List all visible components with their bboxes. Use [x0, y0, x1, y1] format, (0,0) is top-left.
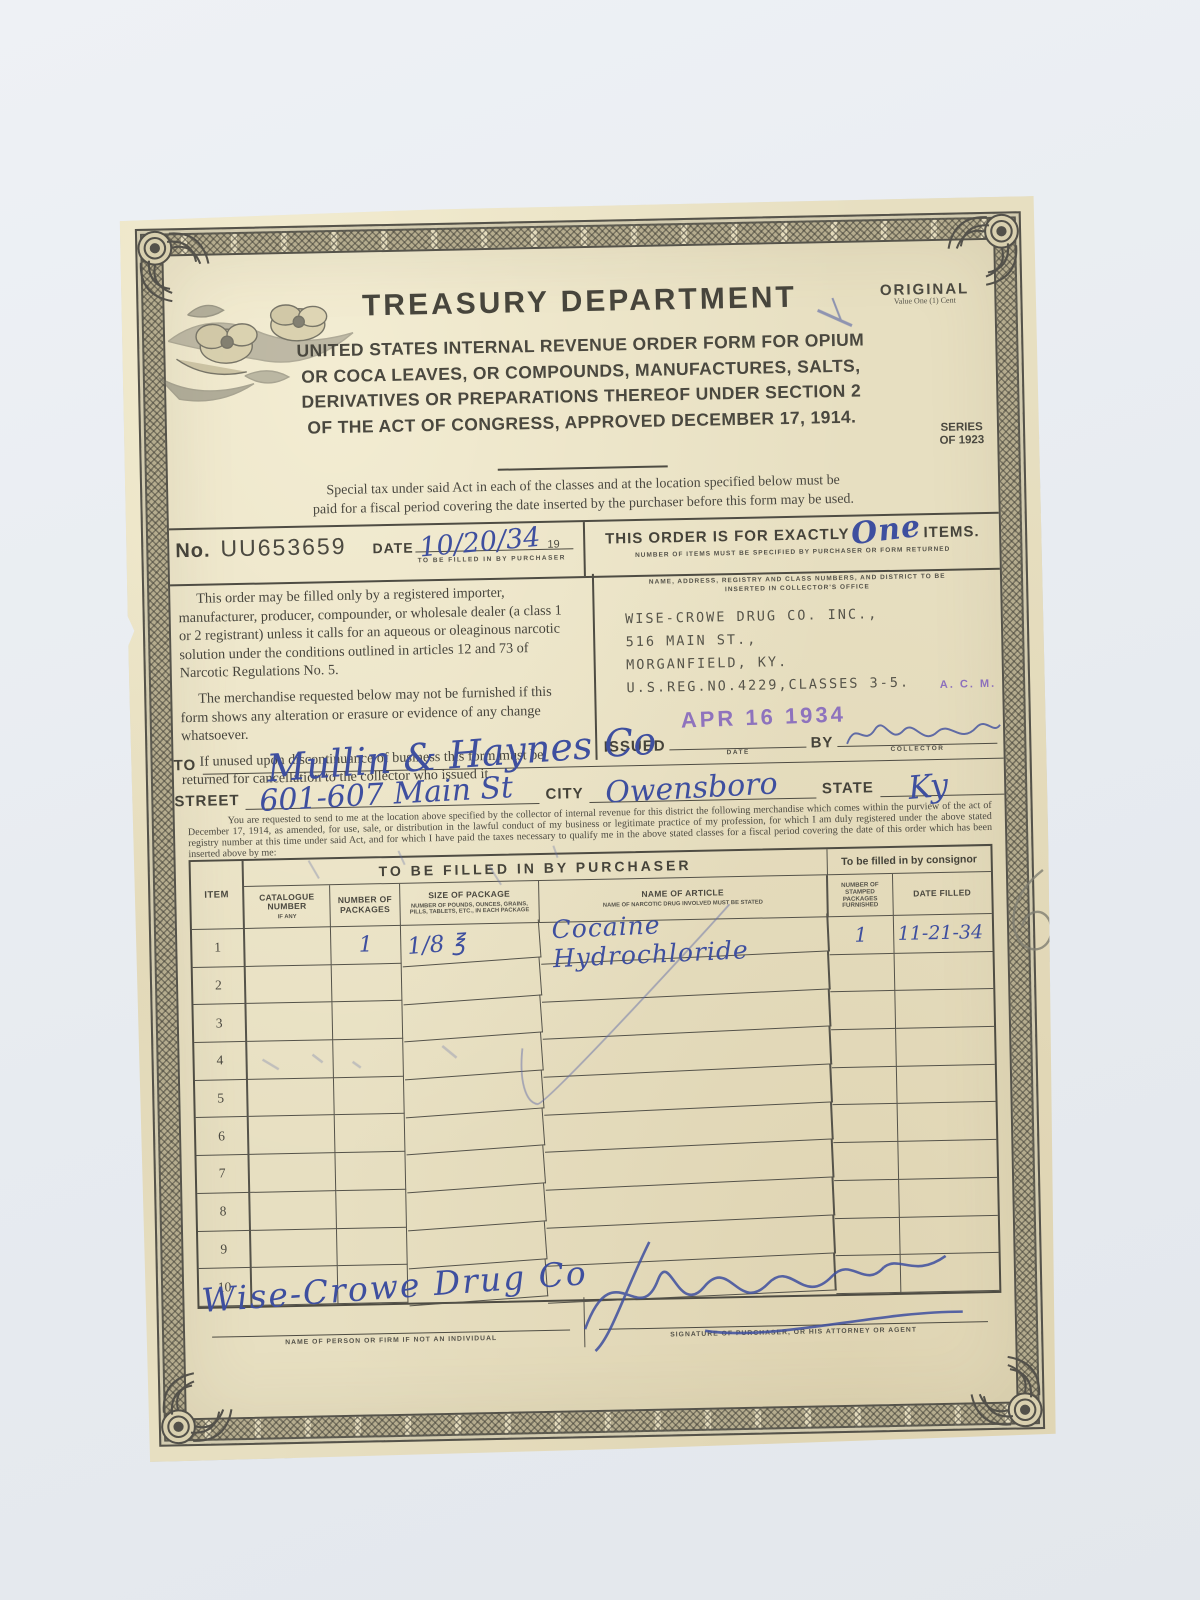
state-field: Ky [879, 768, 1004, 797]
catalogue-cell [249, 1116, 336, 1155]
purchaser-signature-area: SIGNATURE OF PURCHASER, OR HIS ATTORNEY … [584, 1289, 1002, 1347]
header-divider [498, 465, 668, 470]
catalogue-cell [248, 1078, 335, 1117]
exactly-label: THIS ORDER IS FOR EXACTLY [605, 526, 850, 548]
column-header-size: SIZE OF PACKAGE NUMBER OF POUNDS, OUNCES… [400, 881, 540, 926]
consignor-section-header: To be filled in by consignor [827, 846, 991, 875]
catalogue-cell [245, 965, 332, 1004]
column-header-item: ITEM [191, 861, 245, 930]
street-field: 601-607 Main St [245, 777, 540, 810]
catalogue-cell [245, 927, 332, 966]
series-block: SERIES OF 1923 [939, 421, 984, 448]
series-line: OF 1923 [939, 434, 984, 448]
catalogue-cell [249, 1153, 336, 1192]
packages-cell: 1 [331, 926, 401, 965]
order-no-label: No. [175, 540, 211, 564]
column-header-stamped: NUMBER OF STAMPED PACKAGES FURNISHED [828, 874, 894, 917]
state-label: STATE [822, 779, 874, 798]
date-filled-cell [896, 1065, 995, 1105]
firm-name-area: Wise-Crowe Drug Co NAME OF PERSON OR FIR… [197, 1297, 585, 1355]
packages-cell [336, 1152, 406, 1191]
acm-stamp: A. C. M. [940, 678, 997, 691]
packages-cell [333, 1001, 403, 1040]
stamped-packages-cell [831, 1029, 897, 1068]
date-filled-cell [894, 952, 993, 992]
purchaser-signature [553, 1225, 975, 1353]
packages-cell [332, 963, 402, 1002]
stamped-packages-cell [833, 1142, 899, 1181]
packages-cell [335, 1114, 405, 1153]
street-label: STREET [174, 792, 240, 811]
date-filled-cell [896, 1027, 995, 1067]
form-subtitle: UNITED STATES INTERNAL REVENUE ORDER FOR… [178, 325, 984, 443]
series-line: SERIES [939, 421, 984, 435]
column-header-catalogue: CATALOGUE NUMBER IF ANY [244, 885, 331, 929]
column-header-date-filled: DATE FILLED [893, 872, 992, 916]
catalogue-cell [246, 1003, 333, 1042]
to-label: TO [173, 757, 196, 775]
document-sheet: ORIGINAL Value One (1) Cent TREASURY DEP… [120, 196, 1061, 1462]
catalogue-cell [247, 1040, 334, 1079]
date-field: 10/20/34 19 [415, 528, 574, 552]
item-number-cell: 1 [192, 929, 246, 968]
stamped-packages-cell [832, 1067, 898, 1106]
item-number-cell: 2 [193, 967, 247, 1006]
form-content: ORIGINAL Value One (1) Cent TREASURY DEP… [177, 249, 1004, 1415]
stamped-packages-cell [834, 1180, 900, 1219]
stamped-packages-cell [832, 1104, 898, 1143]
column-header-packages: NUMBER OF PACKAGES [330, 884, 400, 927]
city-field: Owensboro [589, 771, 816, 803]
item-number-cell: 3 [193, 1004, 247, 1043]
items-count-field: One [850, 537, 924, 538]
items-caption: NUMBER OF ITEMS MUST BE SPECIFIED BY PUR… [586, 545, 1000, 560]
item-number-cell: 5 [195, 1080, 249, 1119]
packages-cell [333, 1039, 403, 1078]
item-number-cell: 4 [194, 1042, 248, 1081]
items-label: ITEMS. [923, 523, 979, 541]
instruction-paragraph: This order may be filled only by a regis… [178, 582, 578, 683]
item-number-cell: 8 [197, 1193, 251, 1232]
packages-cell [334, 1077, 404, 1116]
item-number-cell: 7 [196, 1155, 250, 1194]
packages-cell [336, 1190, 406, 1229]
date-filled-cell [897, 1102, 996, 1142]
date-filled-cell [899, 1178, 998, 1218]
packages-cell [337, 1227, 407, 1266]
order-no-value: UU653659 [220, 533, 346, 563]
date-filled-cell [895, 989, 994, 1029]
stamped-packages-cell [829, 954, 895, 993]
signature-row: Wise-Crowe Drug Co NAME OF PERSON OR FIR… [197, 1289, 1002, 1355]
year-prefix: 19 [547, 539, 559, 551]
item-number-cell: 9 [198, 1230, 252, 1269]
date-label: DATE [372, 539, 413, 556]
city-label: CITY [545, 785, 584, 804]
photo-background: ORIGINAL Value One (1) Cent TREASURY DEP… [0, 0, 1200, 1600]
date-filled-cell [898, 1140, 997, 1180]
date-filled-cell: 11-21-34 [893, 914, 992, 954]
catalogue-cell [251, 1229, 338, 1268]
stamped-packages-cell: 1 [829, 916, 895, 955]
item-number-cell: 6 [196, 1117, 250, 1156]
catalogue-cell [250, 1191, 337, 1230]
pencil-mark [999, 864, 1065, 961]
stamped-packages-cell [830, 991, 896, 1030]
